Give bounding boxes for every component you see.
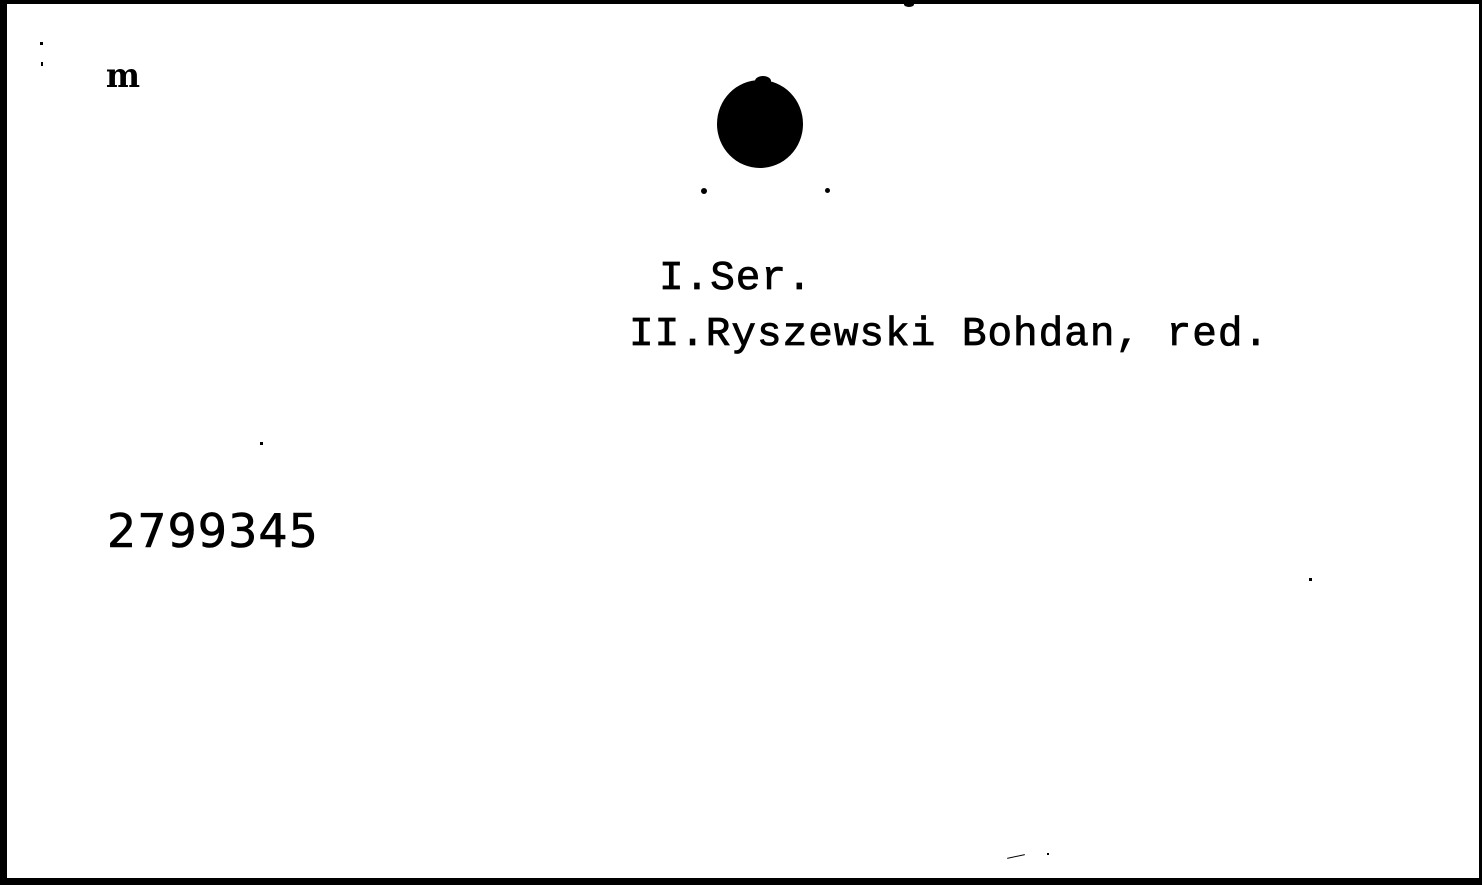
punch-hole xyxy=(717,80,803,168)
accession-number: 2799345 xyxy=(107,504,319,558)
speck xyxy=(41,62,43,66)
punch-hole-notch xyxy=(755,76,771,86)
speck xyxy=(1309,578,1312,581)
speck xyxy=(1007,854,1025,859)
guide-dot-left xyxy=(701,188,707,194)
speck xyxy=(40,42,43,45)
guide-dot-right xyxy=(825,188,830,193)
catalog-card: m I.Ser. II.Ryszewski Bohdan, red. 27993… xyxy=(4,4,1479,878)
tracing-entry-2: II.Ryszewski Bohdan, red. xyxy=(629,312,1269,358)
corner-mark: m xyxy=(106,56,140,96)
speck xyxy=(260,442,263,445)
speck xyxy=(1047,853,1049,855)
speck xyxy=(904,2,914,7)
tracing-entry-1: I.Ser. xyxy=(659,256,813,302)
